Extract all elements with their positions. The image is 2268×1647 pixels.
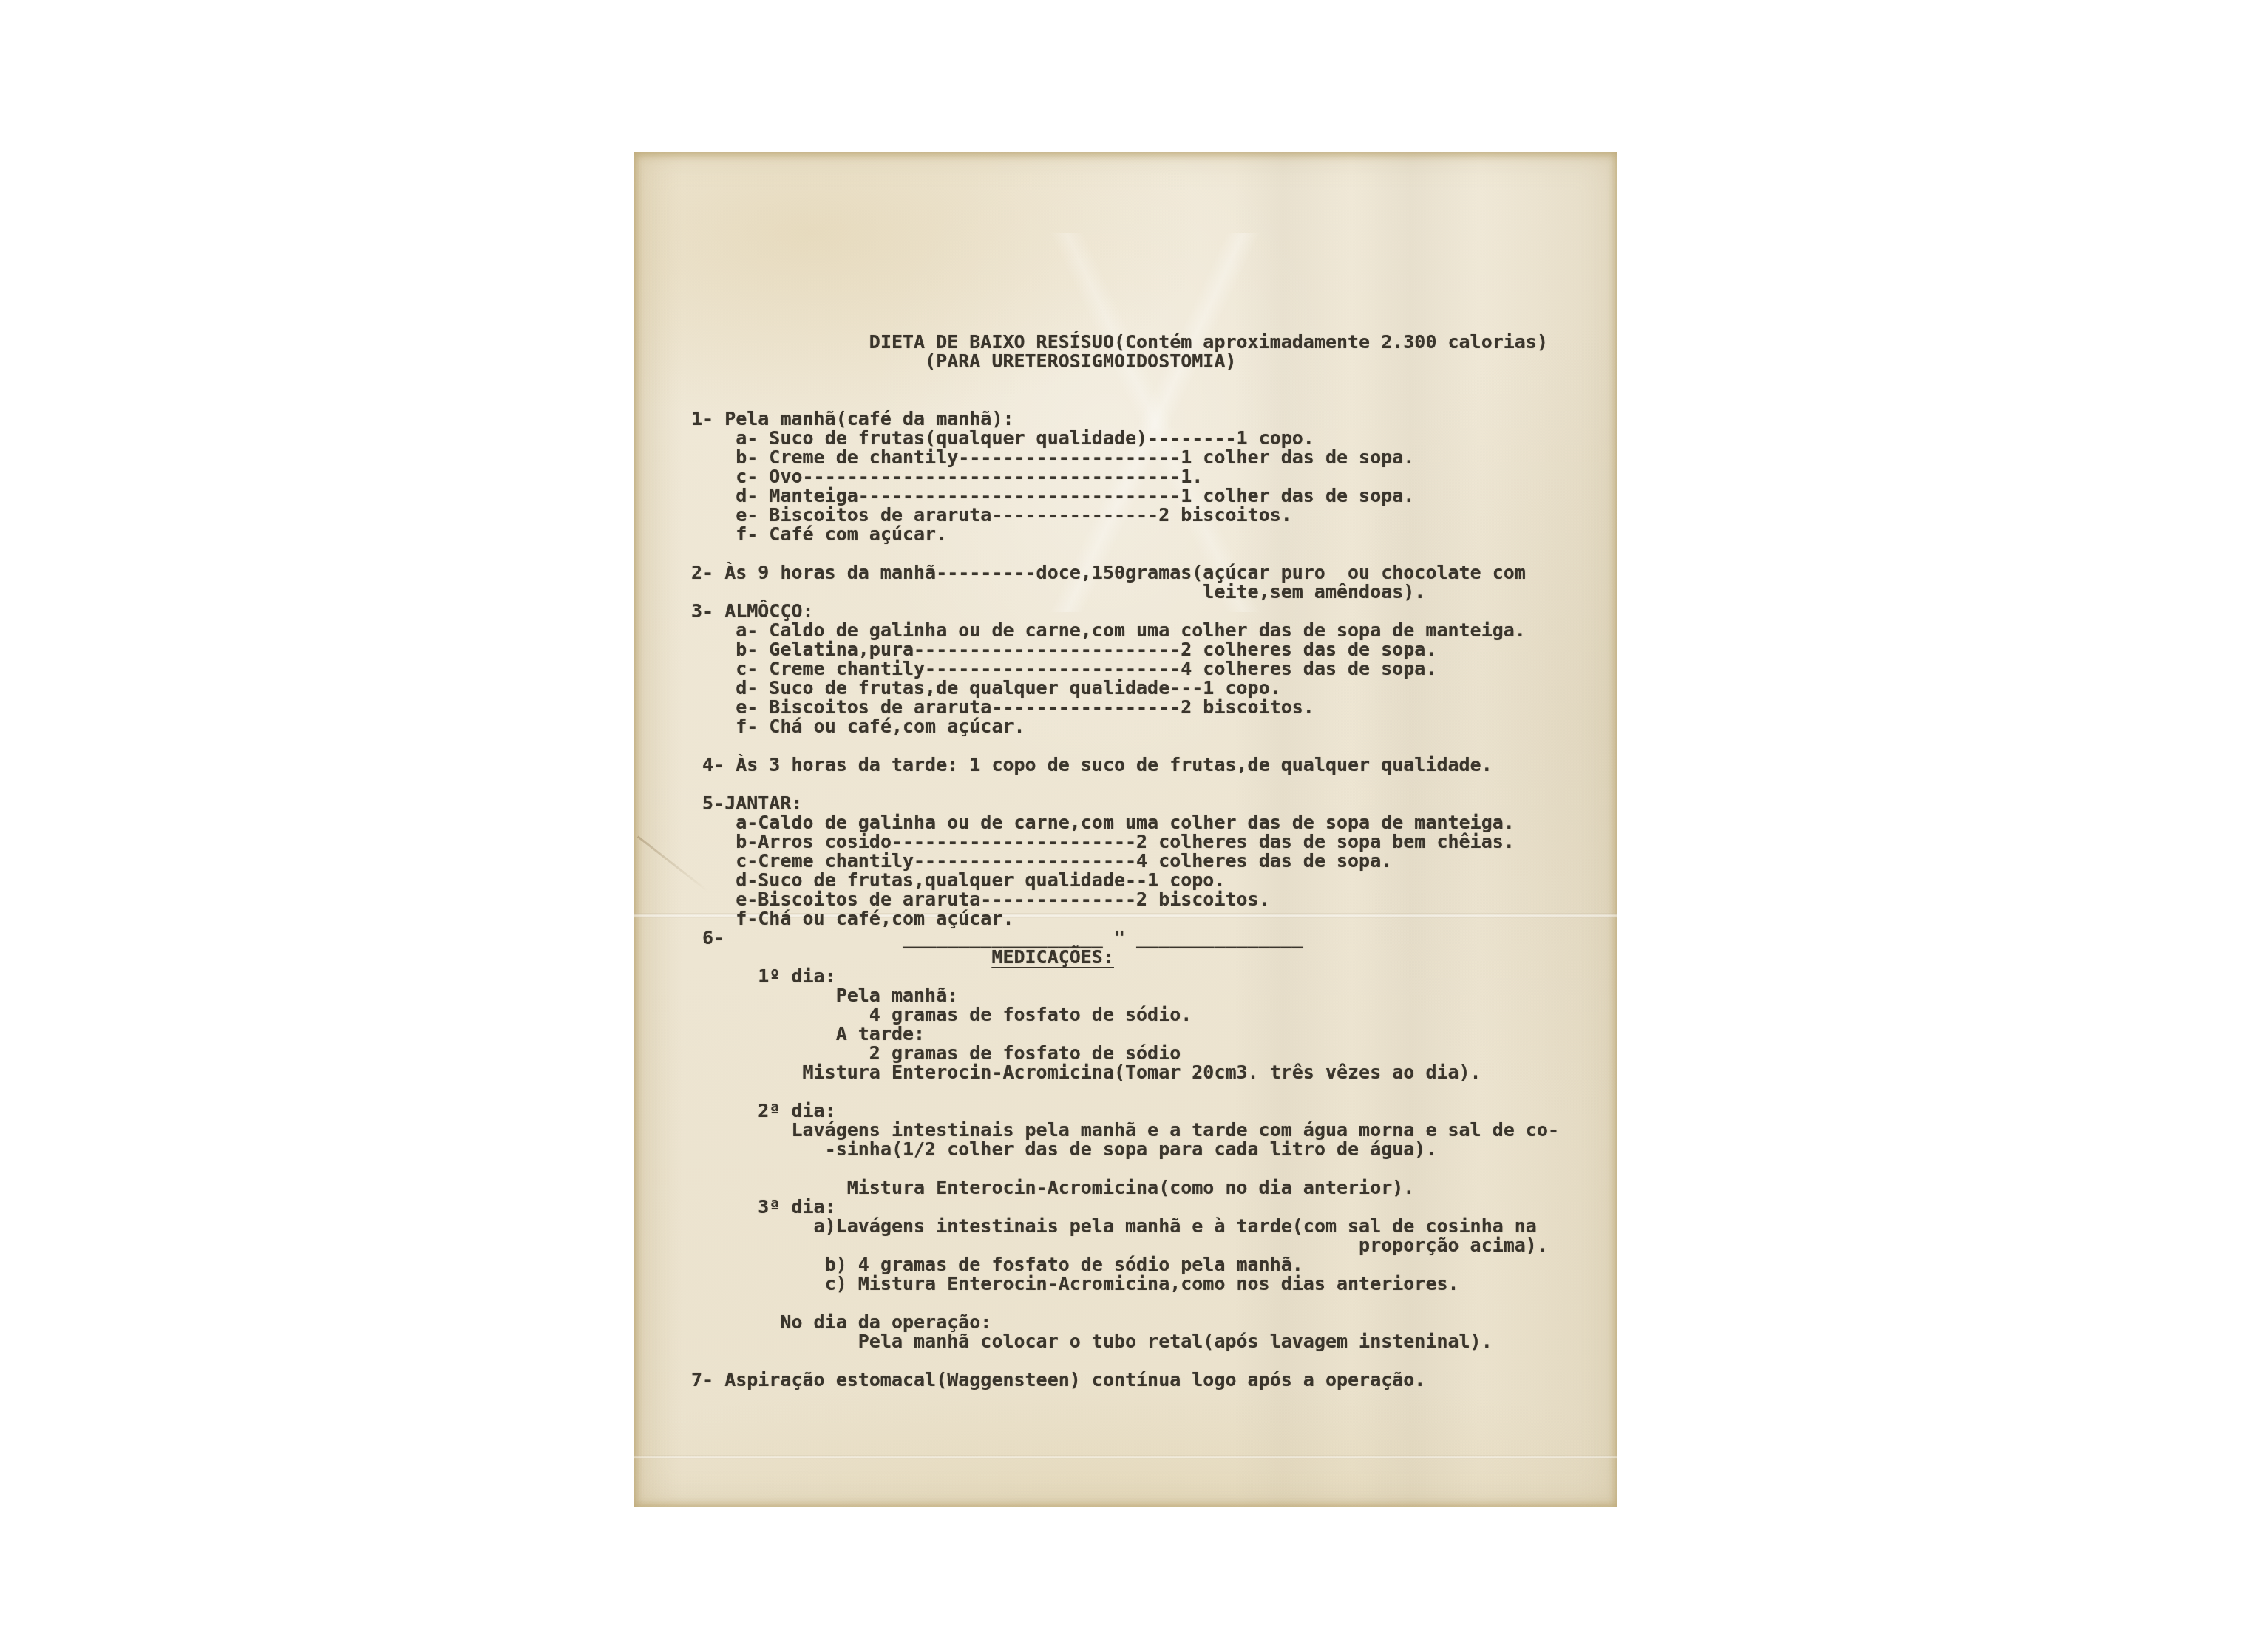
typed-line: a)Lavágens intestinais pela manhã e à ta… (691, 1217, 1615, 1236)
typed-line: b- Gelatina,pura------------------------… (691, 640, 1615, 659)
typed-line: d-Suco de frutas,qualquer qualidade--1 c… (691, 871, 1615, 890)
typed-line: MEDICAÇÕES: (691, 948, 1615, 967)
typed-line: 2- Às 9 horas da manhã---------doce,150g… (691, 563, 1615, 583)
typed-line (691, 1294, 1615, 1313)
typed-line: a- Suco de frutas(qualquer qualidade)---… (691, 429, 1615, 448)
typed-line: 7- Aspiração estomacal(Waggensteen) cont… (691, 1371, 1615, 1390)
typed-line: a-Caldo de galinha ou de carne,com uma c… (691, 813, 1615, 832)
typed-line (691, 390, 1615, 410)
typed-line: proporção acima). (691, 1236, 1615, 1255)
paper-fold-crease-bottom (634, 1455, 1617, 1459)
typed-line (691, 1159, 1615, 1178)
typed-line: c- Ovo----------------------------------… (691, 467, 1615, 486)
typed-line: No dia da operação: (691, 1313, 1615, 1332)
typed-line (691, 1351, 1615, 1371)
typewritten-text-block: DIETA DE BAIXO RESÍSUO(Contém aproximada… (691, 333, 1615, 1390)
typed-line: 2 gramas de fosfato de sódio (691, 1044, 1615, 1063)
typed-line: b) 4 gramas de fosfato de sódio pela man… (691, 1255, 1615, 1274)
typed-line: 1- Pela manhã(café da manhã): (691, 410, 1615, 429)
typed-line: b- Creme de chantily--------------------… (691, 448, 1615, 467)
typed-line: Lavágens intestinais pela manhã e a tard… (691, 1121, 1615, 1140)
typed-line: 3ª dia: (691, 1198, 1615, 1217)
typed-line: 2ª dia: (691, 1101, 1615, 1121)
typed-line: d- Manteiga-----------------------------… (691, 486, 1615, 506)
typed-line: leite,sem amêndoas). (691, 583, 1615, 602)
typed-line: DIETA DE BAIXO RESÍSUO(Contém aproximada… (691, 333, 1615, 352)
typed-line: 1º dia: (691, 967, 1615, 986)
typed-line: f- Café com açúcar. (691, 525, 1615, 544)
typed-line: 4 gramas de fosfato de sódio. (691, 1005, 1615, 1025)
typed-line (691, 775, 1615, 794)
typed-line: f- Chá ou café,com açúcar. (691, 717, 1615, 736)
typed-line (691, 544, 1615, 563)
typed-line: d- Suco de frutas,de qualquer qualidade-… (691, 679, 1615, 698)
typed-line: c) Mistura Enterocin-Acromicina,como nos… (691, 1274, 1615, 1294)
typed-line: c-Creme chantily--------------------4 co… (691, 852, 1615, 871)
typed-line: Mistura Enterocin-Acromicina(Tomar 20cm3… (691, 1063, 1615, 1082)
typed-line: f-Chá ou café,com açúcar. (691, 909, 1615, 928)
typed-line: Pela manhã: (691, 986, 1615, 1005)
typed-line (691, 736, 1615, 755)
typed-line: b-Arros cosido----------------------2 co… (691, 832, 1615, 852)
typed-line: Pela manhã colocar o tubo retal(após lav… (691, 1332, 1615, 1351)
typed-line: 5-JANTAR: (691, 794, 1615, 813)
typed-line: (PARA URETEROSIGMOIDOSTOMIA) (691, 352, 1615, 371)
typed-line: A tarde: (691, 1025, 1615, 1044)
typed-line: Mistura Enterocin-Acromicina(como no dia… (691, 1178, 1615, 1198)
typed-line: -sinha(1/2 colher das de sopa para cada … (691, 1140, 1615, 1159)
typed-line (691, 1082, 1615, 1101)
typed-line: 6- __________________ " _______________ (691, 928, 1615, 948)
scan-background: DIETA DE BAIXO RESÍSUO(Contém aproximada… (0, 0, 2268, 1647)
typed-line: e- Biscoitos de araruta---------------2 … (691, 506, 1615, 525)
scanned-paper-sheet: DIETA DE BAIXO RESÍSUO(Contém aproximada… (634, 152, 1617, 1507)
typed-line: 4- Às 3 horas da tarde: 1 copo de suco d… (691, 755, 1615, 775)
typed-line: e-Biscoitos de araruta--------------2 bi… (691, 890, 1615, 909)
typed-line: a- Caldo de galinha ou de carne,com uma … (691, 621, 1615, 640)
typed-line: 3- ALMÔCÇO: (691, 602, 1615, 621)
typed-line: c- Creme chantily-----------------------… (691, 659, 1615, 679)
typed-line (691, 371, 1615, 390)
typed-line: e- Biscoitos de araruta-----------------… (691, 698, 1615, 717)
